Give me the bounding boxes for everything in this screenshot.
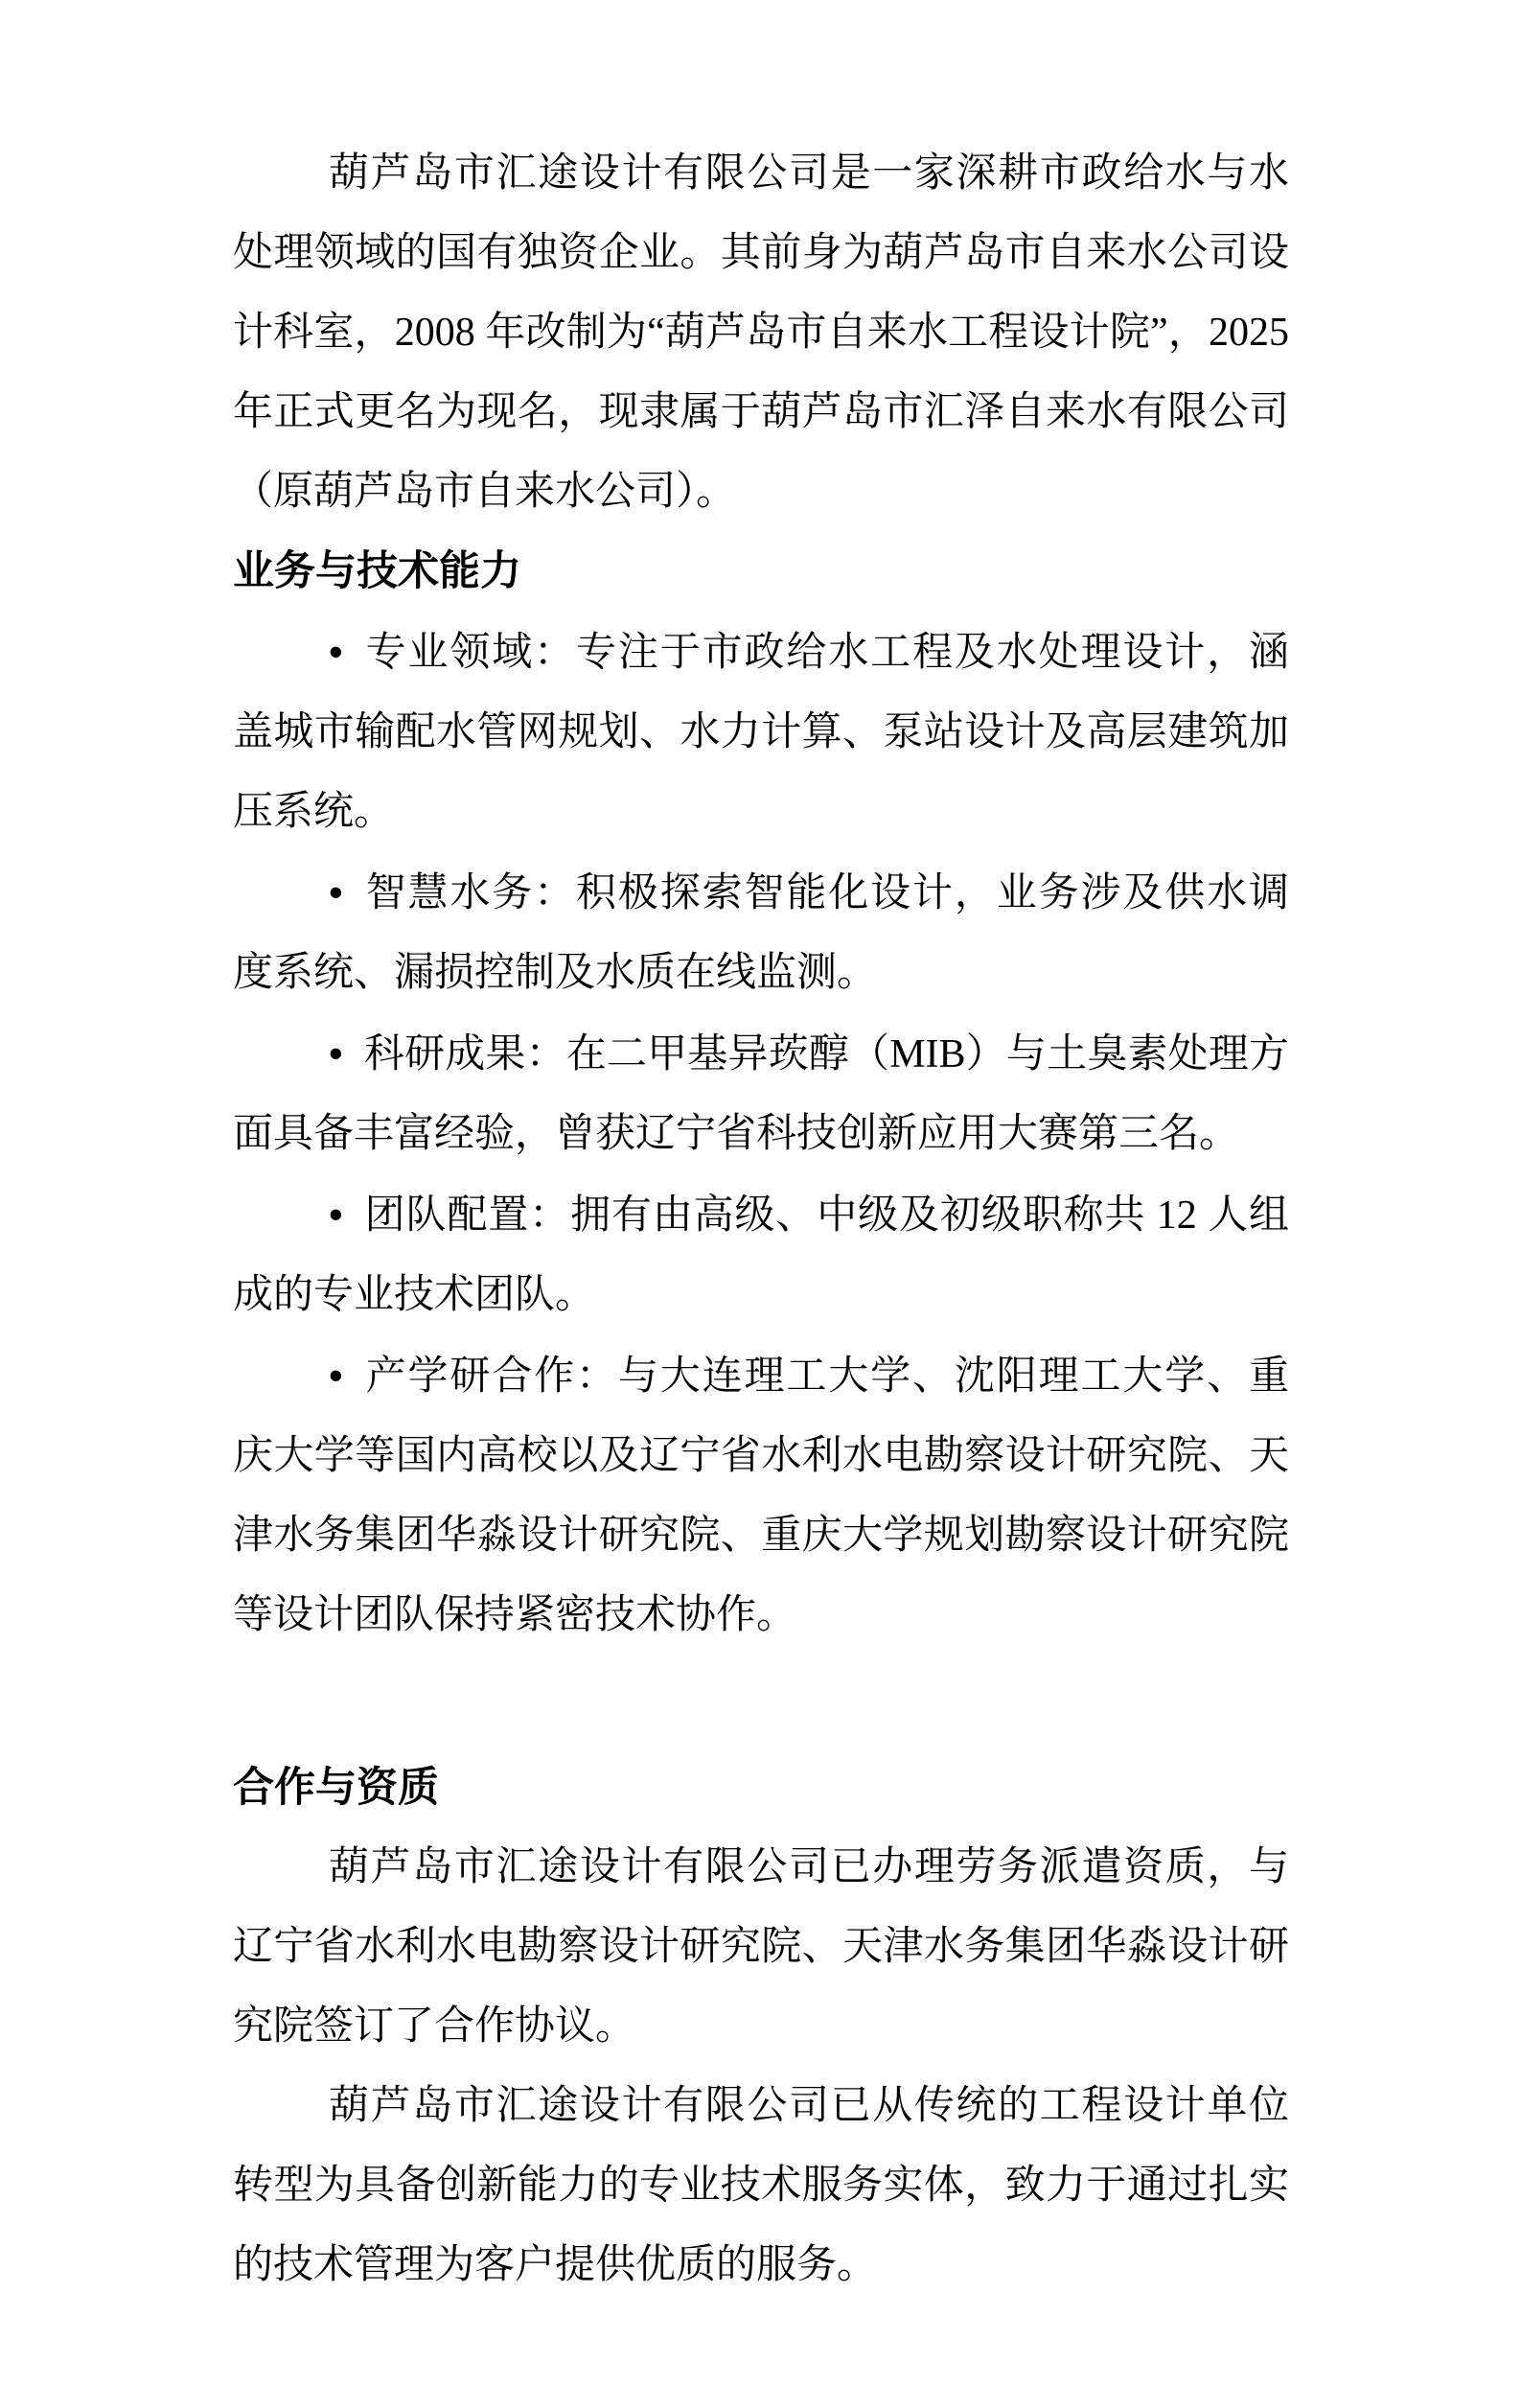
intro-paragraph: 葫芦岛市汇途设计有限公司是一家深耕市政给水与水处理领域的国有独资企业。其前身为葫… xyxy=(233,134,1289,532)
section-heading-cooperation-qualifications: 合作与资质 xyxy=(233,1748,1289,1828)
bullet-item-text: 团队配置：拥有由高级、中级及初级职称共 12 人组成的专业技术团队。 xyxy=(233,1193,1289,1317)
bullet-item-team: •团队配置：拥有由高级、中级及初级职称共 12 人组成的专业技术团队。 xyxy=(233,1174,1289,1335)
bullet-icon: • xyxy=(329,1192,343,1237)
bullet-item-specialty: •专业领域：专注于市政给水工程及水处理设计，涵盖城市输配水管网规划、水力计算、泵… xyxy=(233,612,1289,852)
transformation-paragraph: 葫芦岛市汇途设计有限公司已从传统的工程设计单位转型为具备创新能力的专业技术服务实… xyxy=(233,2067,1289,2305)
bullet-item-text: 科研成果：在二甲基异莰醇（MIB）与土臭素处理方面具备丰富经验，曾获辽宁省科技创… xyxy=(233,1032,1289,1156)
bullet-item-text: 专业领域：专注于市政给水工程及水处理设计，涵盖城市输配水管网规划、水力计算、泵站… xyxy=(233,631,1289,834)
document-content: 葫芦岛市汇途设计有限公司是一家深耕市政给水与水处理领域的国有独资企业。其前身为葫… xyxy=(233,134,1289,2305)
section-heading-business-capabilities: 业务与技术能力 xyxy=(233,532,1289,612)
bullet-icon: • xyxy=(329,1353,343,1398)
bullet-item-industry-academia: •产学研合作：与大连理工大学、沈阳理工大学、重庆大学等国内高校以及辽宁省水利水电… xyxy=(233,1335,1289,1655)
cooperation-paragraph: 葫芦岛市汇途设计有限公司已办理劳务派遣资质，与辽宁省水利水电勘察设计研究院、天津… xyxy=(233,1828,1289,2067)
bullet-icon: • xyxy=(329,869,343,915)
bullet-item-text: 产学研合作：与大连理工大学、沈阳理工大学、重庆大学等国内高校以及辽宁省水利水电勘… xyxy=(233,1354,1289,1637)
bullet-icon: • xyxy=(329,629,343,674)
capabilities-bullet-list: •专业领域：专注于市政给水工程及水处理设计，涵盖城市输配水管网规划、水力计算、泵… xyxy=(233,612,1289,1655)
document-page: 葫芦岛市汇途设计有限公司是一家深耕市政给水与水处理领域的国有独资企业。其前身为葫… xyxy=(0,0,1521,2408)
bullet-item-smart-water: •智慧水务：积极探索智能化设计，业务涉及供水调度系统、漏损控制及水质在线监测。 xyxy=(233,852,1289,1013)
bullet-item-text: 智慧水务：积极探索智能化设计，业务涉及供水调度系统、漏损控制及水质在线监测。 xyxy=(233,871,1289,995)
bullet-icon: • xyxy=(329,1030,343,1076)
bullet-item-research: •科研成果：在二甲基异莰醇（MIB）与土臭素处理方面具备丰富经验，曾获辽宁省科技… xyxy=(233,1013,1289,1174)
